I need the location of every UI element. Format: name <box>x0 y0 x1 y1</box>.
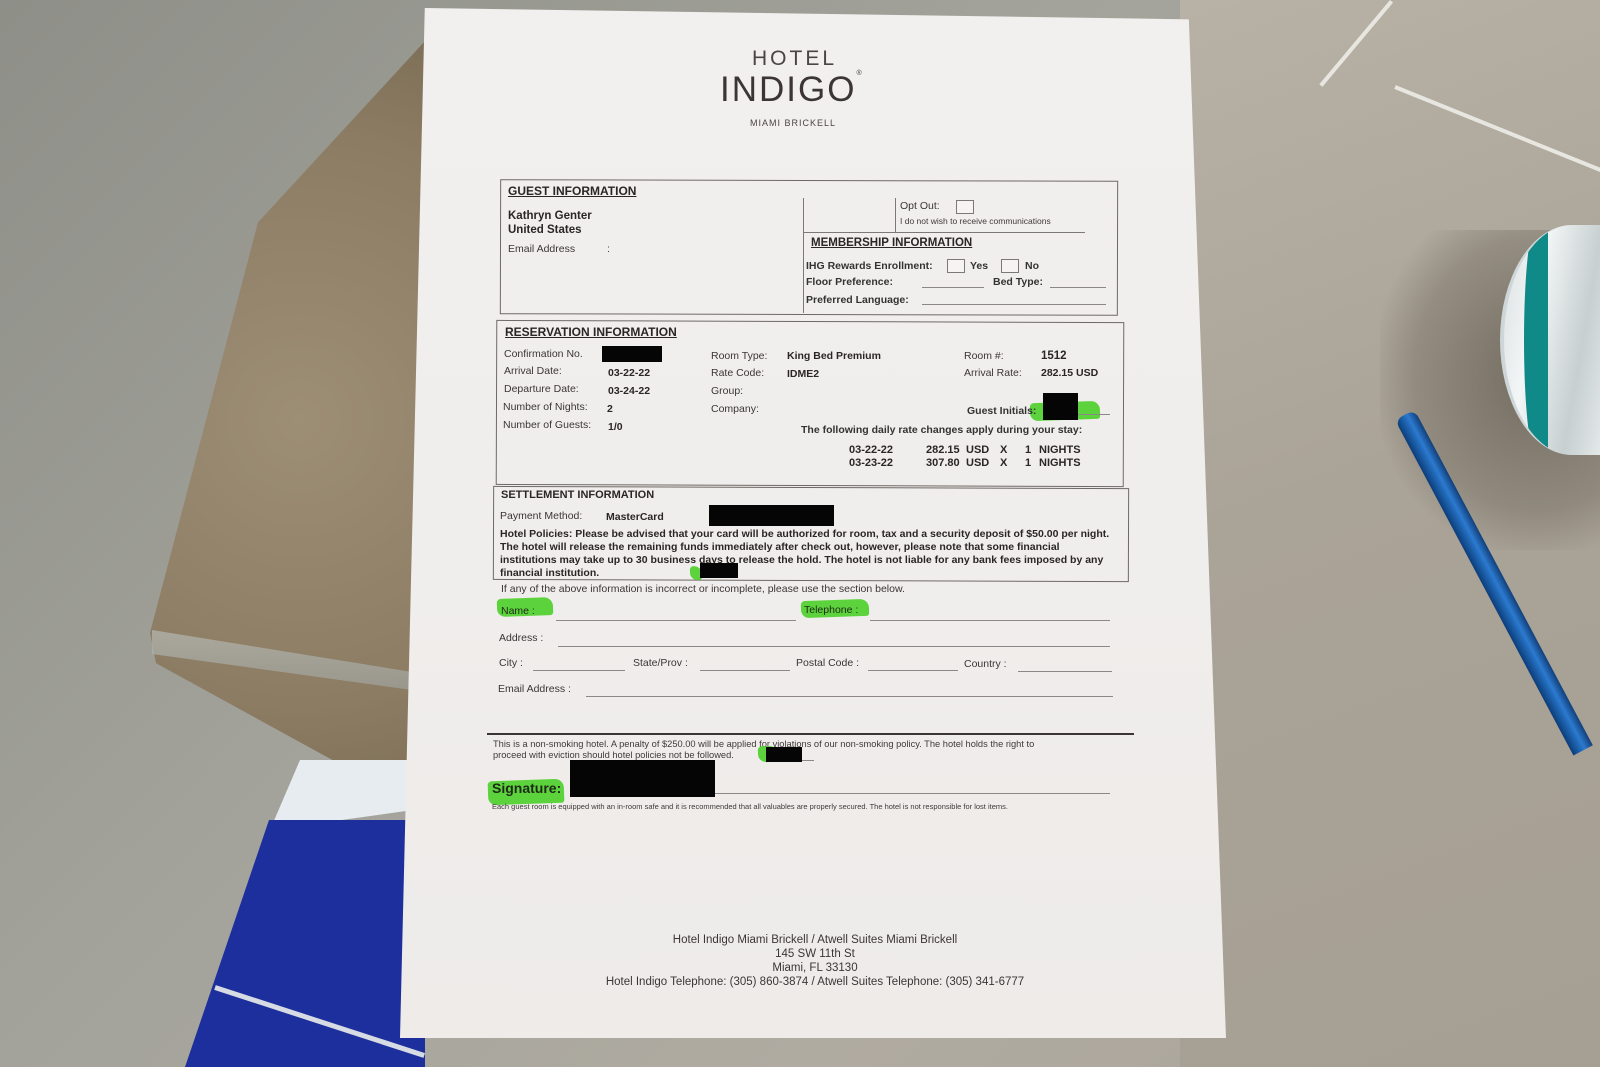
divider <box>895 198 896 232</box>
state-label: State/Prov : <box>633 657 688 669</box>
footer-telephones: Hotel Indigo Telephone: (305) 860-3874 /… <box>515 976 1115 988</box>
rate-change-nights: 1 <box>1025 444 1031 456</box>
non-smoking-initials-line <box>802 760 814 761</box>
divider <box>803 198 804 313</box>
non-smoking-line2: proceed with eviction should hotel polic… <box>493 750 734 760</box>
rate-change-date: 03-23-22 <box>849 457 893 469</box>
address-field[interactable] <box>558 646 1110 647</box>
city-field[interactable] <box>533 670 625 671</box>
rate-change-currency: USD <box>966 444 989 456</box>
preferred-language-label: Preferred Language: <box>806 294 909 306</box>
brand-name: INDIGO <box>720 70 856 109</box>
registered-mark: ® <box>856 70 861 77</box>
correction-email-field[interactable] <box>586 696 1113 697</box>
ihg-no-checkbox[interactable] <box>1001 259 1019 273</box>
footer-city: Miami, FL 33130 <box>560 962 1070 974</box>
country-field[interactable] <box>1018 671 1112 672</box>
opt-out-description: I do not wish to receive communications <box>900 216 1051 226</box>
signature-label: Signature: <box>492 780 561 796</box>
name-label: Name : <box>501 605 535 617</box>
guest-initials-line <box>1078 414 1110 415</box>
arrival-date-value: 03-22-22 <box>608 367 650 379</box>
membership-title: MEMBERSHIP INFORMATION <box>811 237 972 249</box>
opt-out-label: Opt Out: <box>900 200 940 212</box>
rate-change-amount: 282.15 <box>926 444 960 456</box>
address-label: Address : <box>499 632 543 644</box>
ihg-yes-label: Yes <box>970 260 988 272</box>
postal-code-label: Postal Code : <box>796 657 859 669</box>
ihg-enrollment-label: IHG Rewards Enrollment: <box>806 260 933 272</box>
correction-email-label: Email Address : <box>498 683 571 695</box>
footer-hotel-names: Hotel Indigo Miami Brickell / Atwell Sui… <box>560 934 1070 946</box>
guest-country: United States <box>508 224 582 236</box>
floor-preference-field[interactable] <box>922 287 984 288</box>
signature-line[interactable] <box>715 793 1110 794</box>
opt-out-checkbox[interactable] <box>956 200 974 214</box>
ihg-no-label: No <box>1025 260 1039 272</box>
rate-code-value: IDME2 <box>787 368 819 380</box>
guest-name: Kathryn Genter <box>508 210 592 222</box>
preferred-language-field[interactable] <box>922 304 1106 305</box>
email-label: Email Address <box>508 243 575 255</box>
guest-initials-label: Guest Initials: <box>967 405 1036 417</box>
departure-date-value: 03-24-22 <box>608 385 650 397</box>
logo-hotel-text: HOTEL <box>752 47 837 71</box>
rate-change-currency: USD <box>966 457 989 469</box>
payment-method-label: Payment Method: <box>500 510 582 522</box>
rate-changes-intro: The following daily rate changes apply d… <box>801 424 1082 436</box>
telephone-field[interactable] <box>870 620 1110 621</box>
rate-change-x: X <box>1000 444 1007 456</box>
reservation-title: RESERVATION INFORMATION <box>505 325 677 339</box>
logo-location: MIAMI BRICKELL <box>750 118 836 128</box>
rate-change-nights: 1 <box>1025 457 1031 469</box>
room-type-value: King Bed Premium <box>787 350 881 362</box>
company-label: Company: <box>711 403 759 415</box>
footer-street: 145 SW 11th St <box>560 948 1070 960</box>
card-number-redacted <box>709 505 834 526</box>
divider <box>803 232 1085 233</box>
bed-type-label: Bed Type: <box>993 276 1043 288</box>
logo-brand-name: INDIGO® <box>720 70 862 110</box>
rate-change-unit: NIGHTS <box>1039 444 1081 456</box>
confirmation-label: Confirmation No. <box>504 348 583 360</box>
city-label: City : <box>499 657 523 669</box>
nights-label: Number of Nights: <box>503 401 588 413</box>
confirmation-redacted <box>602 346 662 362</box>
settlement-title: SETTLEMENT INFORMATION <box>501 489 654 501</box>
signature-redacted <box>570 760 715 797</box>
room-number-value: 1512 <box>1041 350 1067 362</box>
payment-method-value: MasterCard <box>606 511 664 523</box>
postal-code-field[interactable] <box>868 670 958 671</box>
section-divider <box>487 733 1134 735</box>
room-number-label: Room #: <box>964 350 1004 362</box>
guests-value: 1/0 <box>608 421 623 433</box>
arrival-date-label: Arrival Date: <box>504 365 562 377</box>
telephone-label: Telephone : <box>804 604 858 616</box>
guest-initials-redacted <box>1043 393 1078 420</box>
arrival-rate-label: Arrival Rate: <box>964 367 1022 379</box>
nights-value: 2 <box>607 403 613 415</box>
departure-date-label: Departure Date: <box>504 383 579 395</box>
guests-label: Number of Guests: <box>503 419 591 431</box>
email-separator: : <box>607 243 610 255</box>
rate-change-unit: NIGHTS <box>1039 457 1081 469</box>
correction-intro: If any of the above information is incor… <box>501 583 905 595</box>
state-field[interactable] <box>700 670 790 671</box>
bed-type-field[interactable] <box>1050 287 1106 288</box>
name-field[interactable] <box>556 620 796 621</box>
floor-preference-label: Floor Preference: <box>806 276 893 288</box>
hotel-policies-text: Hotel Policies: Please be advised that y… <box>500 528 1115 580</box>
ihg-yes-checkbox[interactable] <box>947 259 965 273</box>
arrival-rate-value: 282.15 USD <box>1041 367 1098 379</box>
rate-change-amount: 307.80 <box>926 457 960 469</box>
room-type-label: Room Type: <box>711 350 767 362</box>
rate-change-date: 03-22-22 <box>849 444 893 456</box>
rate-code-label: Rate Code: <box>711 367 764 379</box>
rate-change-x: X <box>1000 457 1007 469</box>
guest-info-title: GUEST INFORMATION <box>508 184 636 198</box>
non-smoking-initials-redacted <box>766 747 802 762</box>
policy-initials-redacted <box>700 563 738 578</box>
country-label: Country : <box>964 658 1007 670</box>
group-label: Group: <box>711 385 743 397</box>
safe-notice: Each guest room is equipped with an in-r… <box>492 802 1008 811</box>
